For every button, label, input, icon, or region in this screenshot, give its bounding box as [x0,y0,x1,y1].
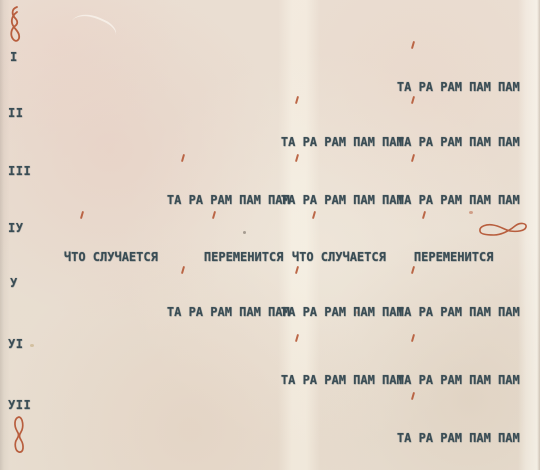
dust-speck [30,344,34,347]
stress-accent-mark [80,211,84,219]
row-numeral: II [8,106,23,120]
row-numeral: IУ [8,221,23,235]
typed-phrase: ЧТО СЛУЧАЕТСЯ [35,222,158,278]
row-numeral: УI [8,337,23,351]
stress-accent-mark [411,41,415,49]
row-numeral: У [10,276,18,290]
typed-phrase: ТА РА РАМ ПАМ ПАМ [368,345,520,401]
row-numeral: I [10,50,18,64]
scanned-page: I ТА РА РАМ ПАМ ПАМ II ТА РА РАМ ПАМ ПАМ… [0,0,540,470]
typed-phrase: ПЕРЕМЕНИТСЯ [385,222,493,278]
typed-phrase: ТА РА РАМ ПАМ ПАМ [368,52,520,108]
stress-accent-mark [295,334,299,342]
row-numeral: III [8,164,31,178]
stress-accent-mark [181,154,185,162]
typed-phrase: ТА РА РАМ ПАМ ПАМ [368,165,520,221]
row-numeral: УII [8,398,31,412]
film-scratch [66,8,119,52]
stress-accent-mark [411,334,415,342]
typed-phrase: ТА РА РАМ ПАМ ПАМ [368,403,520,459]
handwritten-eight-mark-top [5,5,25,47]
stress-accent-mark [295,96,299,104]
handwritten-eight-mark-bottom [9,414,29,456]
typed-phrase: ТА РА РАМ ПАМ ПАМ [368,277,520,333]
typed-phrase: ЧТО СЛУЧАЕТСЯ [263,222,386,278]
typed-phrase: ТА РА РАМ ПАМ ПАМ [368,107,520,163]
